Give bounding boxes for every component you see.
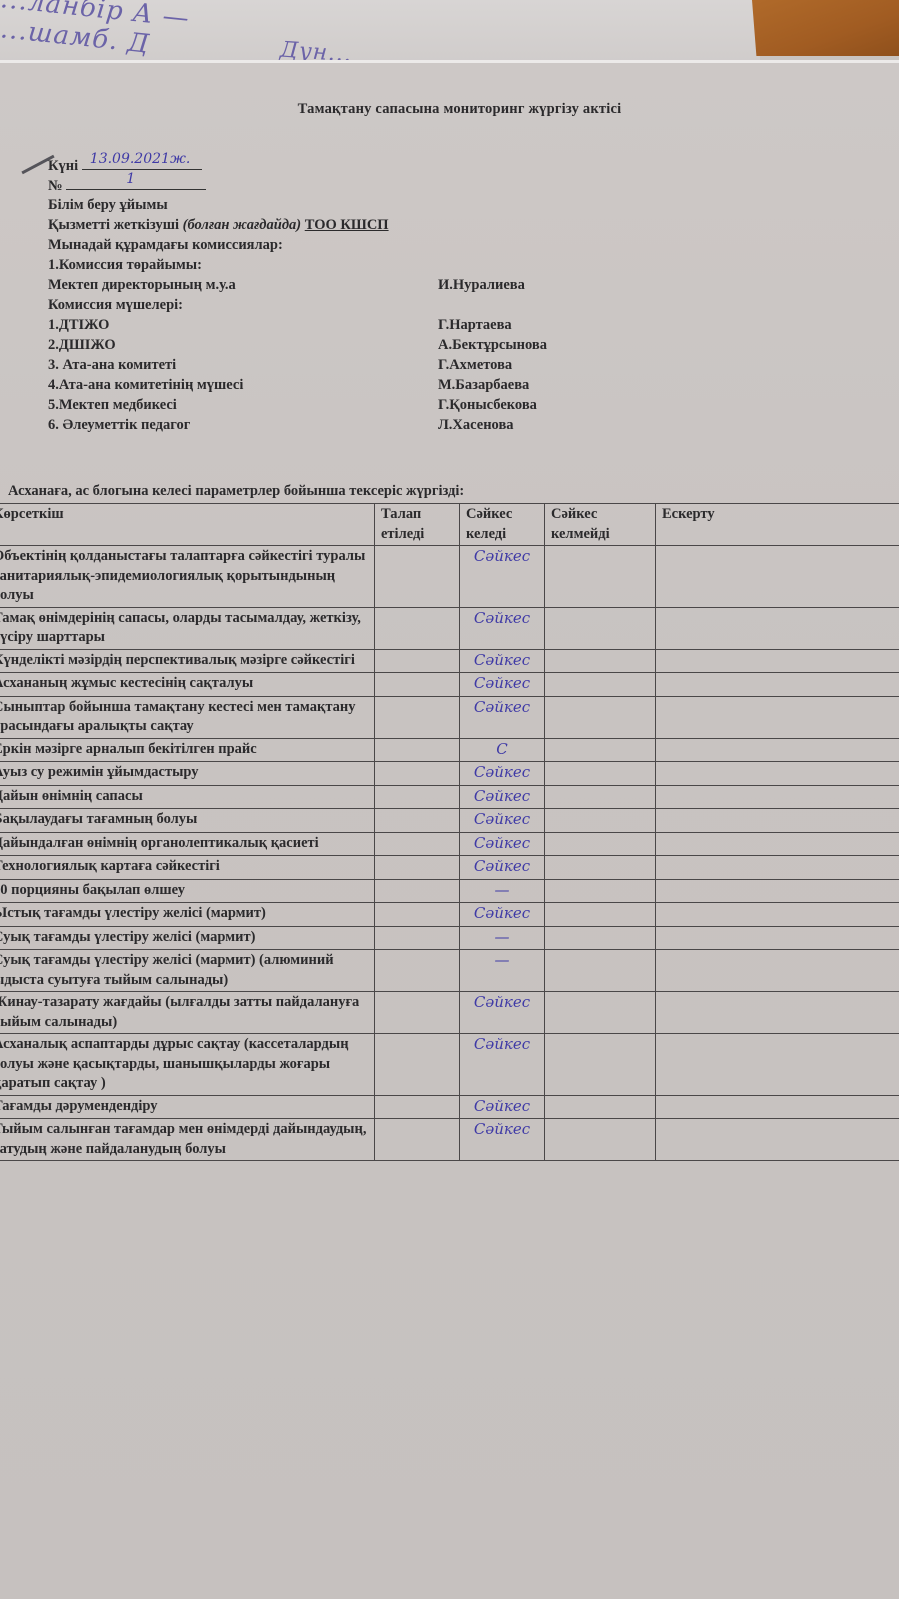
- member-row: 4.Ата-ана комитетінің мүшесіМ.Базарбаева: [48, 375, 389, 395]
- note-cell: [656, 785, 899, 809]
- handwritten-mark: —: [495, 928, 510, 946]
- complies-cell: Сәйкес: [460, 992, 545, 1034]
- not-complies-cell: [545, 903, 656, 927]
- indicator-cell: Тыйым салынған тағамдар мен өнімдерді да…: [0, 1119, 375, 1161]
- number-label: №: [48, 178, 63, 194]
- indicator-cell: Объектінің қолданыстағы талаптарға сәйке…: [0, 546, 375, 608]
- header-complies: Сәйкес келеді: [460, 504, 545, 546]
- required-cell: [375, 809, 460, 833]
- required-cell: [375, 546, 460, 608]
- table-row: Суық тағамды үлестіру желісі (мармит) (а…: [0, 950, 899, 992]
- complies-cell: Сәйкес: [460, 1095, 545, 1119]
- indicator-cell: Ауыз су режимін ұйымдастыру: [0, 762, 375, 786]
- handwritten-mark: Сәйкес: [474, 698, 530, 716]
- handwritten-mark: Сәйкес: [474, 547, 530, 565]
- table-row: Асханалық аспаптарды дұрыс сақтау (кассе…: [0, 1034, 899, 1096]
- not-complies-cell: [545, 856, 656, 880]
- member-role: 6. Әлеуметтік педагог: [48, 417, 190, 433]
- member-name: Г.Қонысбекова: [438, 395, 537, 415]
- document-sheet: Тамақтану сапасына мониторинг жүргізу ак…: [0, 60, 899, 1599]
- handwritten-mark: Сәйкес: [474, 787, 530, 805]
- complies-cell: Сәйкес: [460, 903, 545, 927]
- members-label: Комиссия мүшелері:: [48, 295, 389, 315]
- header-note: Ескерту: [656, 504, 899, 546]
- note-cell: [656, 607, 899, 649]
- table-row: Ыстық тағамды үлестіру желісі (мармит)Сә…: [0, 903, 899, 927]
- note-cell: [656, 649, 899, 673]
- note-cell: [656, 673, 899, 697]
- member-name: Л.Хасенова: [438, 415, 514, 435]
- handwritten-mark: С: [496, 740, 507, 758]
- members-list: 1.ДТІЖОГ.Нартаева2.ДШІЖОА.Бектұрсынова3.…: [48, 315, 389, 435]
- table-row: Тыйым салынған тағамдар мен өнімдерді да…: [0, 1119, 899, 1161]
- header-indicator: Көрсеткіш: [0, 504, 375, 546]
- supplier-value: ТОО КШСП: [305, 217, 389, 233]
- note-cell: [656, 1119, 899, 1161]
- required-cell: [375, 738, 460, 762]
- member-row: 5.Мектеп медбикесіГ.Қонысбекова: [48, 395, 389, 415]
- required-cell: [375, 762, 460, 786]
- table-row: Суық тағамды үлестіру желісі (мармит)—: [0, 926, 899, 950]
- note-cell: [656, 879, 899, 903]
- supplier-label: Қызметті жеткізуші: [48, 217, 179, 233]
- document-title: Тамақтану сапасына мониторинг жүргізу ак…: [0, 101, 899, 118]
- complies-cell: Сәйкес: [460, 546, 545, 608]
- complies-cell: Сәйкес: [460, 856, 545, 880]
- note-cell: [656, 832, 899, 856]
- date-field: 13.09.2021ж.: [82, 155, 202, 170]
- not-complies-cell: [545, 762, 656, 786]
- required-cell: [375, 673, 460, 697]
- note-cell: [656, 696, 899, 738]
- header-required: Талап етіледі: [375, 504, 460, 546]
- table-row: Ауыз су режимін ұйымдастыруСәйкес: [0, 762, 899, 786]
- table-row: Асхананың жұмыс кестесінің сақталуыСәйке…: [0, 673, 899, 697]
- complies-cell: Сәйкес: [460, 832, 545, 856]
- number-value: 1: [126, 169, 135, 189]
- note-cell: [656, 992, 899, 1034]
- table-row: Тамақ өнімдерінің сапасы, оларды тасымал…: [0, 607, 899, 649]
- required-cell: [375, 649, 460, 673]
- handwritten-mark: Сәйкес: [474, 609, 530, 627]
- required-cell: [375, 950, 460, 992]
- member-row: 6. Әлеуметтік педагогЛ.Хасенова: [48, 415, 389, 435]
- chair-name: И.Нуралиева: [438, 275, 525, 295]
- complies-cell: Сәйкес: [460, 1119, 545, 1161]
- not-complies-cell: [545, 696, 656, 738]
- note-cell: [656, 856, 899, 880]
- complies-cell: —: [460, 950, 545, 992]
- handwritten-mark: Сәйкес: [474, 651, 530, 669]
- table-row: Күнделікті мәзірдің перспективалық мәзір…: [0, 649, 899, 673]
- complies-cell: Сәйкес: [460, 673, 545, 697]
- member-row: 2.ДШІЖОА.Бектұрсынова: [48, 335, 389, 355]
- table-row: Дайындалған өнімнің органолептикалық қас…: [0, 832, 899, 856]
- not-complies-cell: [545, 1095, 656, 1119]
- header-not-complies: Сәйкес келмейді: [545, 504, 656, 546]
- required-cell: [375, 992, 460, 1034]
- complies-cell: С: [460, 738, 545, 762]
- not-complies-cell: [545, 785, 656, 809]
- complies-cell: Сәйкес: [460, 785, 545, 809]
- required-cell: [375, 903, 460, 927]
- not-complies-cell: [545, 809, 656, 833]
- handwritten-mark: —: [495, 951, 510, 969]
- table-row: Жинау-тазарату жағдайы (ылғалды затты па…: [0, 992, 899, 1034]
- date-label: Күні: [48, 158, 78, 174]
- member-role: 5.Мектеп медбикесі: [48, 397, 177, 413]
- handwritten-mark: Сәйкес: [474, 1097, 530, 1115]
- member-name: Г.Нартаева: [438, 315, 512, 335]
- table-row: Тағамды дәрумендендіруСәйкес: [0, 1095, 899, 1119]
- complies-cell: Сәйкес: [460, 1034, 545, 1096]
- complies-cell: Сәйкес: [460, 607, 545, 649]
- table-row: Сыныптар бойынша тамақтану кестесі мен т…: [0, 696, 899, 738]
- indicator-cell: Дайын өнімнің сапасы: [0, 785, 375, 809]
- required-cell: [375, 1095, 460, 1119]
- note-cell: [656, 738, 899, 762]
- indicator-cell: Еркін мәзірге арналып бекітілген прайс: [0, 738, 375, 762]
- chair-label: 1.Комиссия төрайымы:: [48, 255, 389, 275]
- note-cell: [656, 809, 899, 833]
- table-row: Дайын өнімнің сапасыСәйкес: [0, 785, 899, 809]
- handwritten-mark: Сәйкес: [474, 857, 530, 875]
- complies-cell: —: [460, 926, 545, 950]
- document-meta: Күні 13.09.2021ж. № 1 Білім беру ұйымы Қ…: [48, 155, 389, 435]
- required-cell: [375, 1119, 460, 1161]
- table-row: 10 порцияны бақылап өлшеу—: [0, 879, 899, 903]
- indicator-cell: Бақылаудағы тағамның болуы: [0, 809, 375, 833]
- indicator-cell: Тағамды дәрумендендіру: [0, 1095, 375, 1119]
- chair-role: Мектеп директорының м.у.а: [48, 277, 236, 293]
- number-field: 1: [66, 175, 206, 190]
- member-row: 3. Ата-ана комитетіГ.Ахметова: [48, 355, 389, 375]
- handwritten-mark: Сәйкес: [474, 1120, 530, 1138]
- member-role: 3. Ата-ана комитеті: [48, 357, 176, 373]
- note-cell: [656, 926, 899, 950]
- complies-cell: Сәйкес: [460, 809, 545, 833]
- member-name: М.Базарбаева: [438, 375, 529, 395]
- indicator-cell: Сыныптар бойынша тамақтану кестесі мен т…: [0, 696, 375, 738]
- required-cell: [375, 696, 460, 738]
- required-cell: [375, 856, 460, 880]
- complies-cell: Сәйкес: [460, 696, 545, 738]
- note-cell: [656, 950, 899, 992]
- complies-cell: Сәйкес: [460, 762, 545, 786]
- not-complies-cell: [545, 546, 656, 608]
- member-name: А.Бектұрсынова: [438, 335, 547, 355]
- commission-label: Мынадай құрамдағы комиссиялар:: [48, 235, 389, 255]
- indicator-cell: Күнделікті мәзірдің перспективалық мәзір…: [0, 649, 375, 673]
- not-complies-cell: [545, 950, 656, 992]
- not-complies-cell: [545, 832, 656, 856]
- member-name: Г.Ахметова: [438, 355, 512, 375]
- table-row: Технологиялық картаға сәйкестігіСәйкес: [0, 856, 899, 880]
- handwritten-mark: Сәйкес: [474, 763, 530, 781]
- table-row: Бақылаудағы тағамның болуыСәйкес: [0, 809, 899, 833]
- table-header-row: Көрсеткіш Талап етіледі Сәйкес келеді Сә…: [0, 504, 899, 546]
- member-role: 4.Ата-ана комитетінің мүшесі: [48, 377, 243, 393]
- indicator-cell: Ыстық тағамды үлестіру желісі (мармит): [0, 903, 375, 927]
- handwritten-mark: Сәйкес: [474, 1035, 530, 1053]
- table-row: Еркін мәзірге арналып бекітілген прайсС: [0, 738, 899, 762]
- required-cell: [375, 879, 460, 903]
- indicator-cell: Асхананың жұмыс кестесінің сақталуы: [0, 673, 375, 697]
- member-role: 1.ДТІЖО: [48, 317, 109, 333]
- note-cell: [656, 1095, 899, 1119]
- not-complies-cell: [545, 738, 656, 762]
- indicator-cell: Асханалық аспаптарды дұрыс сақтау (кассе…: [0, 1034, 375, 1096]
- indicator-cell: Дайындалған өнімнің органолептикалық қас…: [0, 832, 375, 856]
- inspection-table: Көрсеткіш Талап етіледі Сәйкес келеді Сә…: [0, 503, 899, 1161]
- member-row: 1.ДТІЖОГ.Нартаева: [48, 315, 389, 335]
- table-row: Объектінің қолданыстағы талаптарға сәйке…: [0, 546, 899, 608]
- not-complies-cell: [545, 926, 656, 950]
- required-cell: [375, 926, 460, 950]
- supplier-note: (болған жағдайда): [183, 217, 301, 233]
- required-cell: [375, 607, 460, 649]
- complies-cell: Сәйкес: [460, 649, 545, 673]
- not-complies-cell: [545, 992, 656, 1034]
- note-cell: [656, 762, 899, 786]
- required-cell: [375, 785, 460, 809]
- note-cell: [656, 903, 899, 927]
- indicator-cell: Суық тағамды үлестіру желісі (мармит): [0, 926, 375, 950]
- org-label: Білім беру ұйымы: [48, 195, 389, 215]
- complies-cell: —: [460, 879, 545, 903]
- required-cell: [375, 832, 460, 856]
- not-complies-cell: [545, 649, 656, 673]
- not-complies-cell: [545, 1034, 656, 1096]
- inspection-intro: Асханаға, ас блогына келесі параметрлер …: [8, 483, 464, 500]
- date-value: 13.09.2021ж.: [90, 149, 191, 169]
- handwritten-mark: Сәйкес: [474, 810, 530, 828]
- indicator-cell: Жинау-тазарату жағдайы (ылғалды затты па…: [0, 992, 375, 1034]
- handwritten-mark: Сәйкес: [474, 674, 530, 692]
- handwritten-mark: —: [495, 881, 510, 899]
- indicator-cell: Суық тағамды үлестіру желісі (мармит) (а…: [0, 950, 375, 992]
- member-role: 2.ДШІЖО: [48, 337, 116, 353]
- indicator-cell: Тамақ өнімдерінің сапасы, оларды тасымал…: [0, 607, 375, 649]
- not-complies-cell: [545, 673, 656, 697]
- not-complies-cell: [545, 879, 656, 903]
- note-cell: [656, 546, 899, 608]
- indicator-cell: Технологиялық картаға сәйкестігі: [0, 856, 375, 880]
- not-complies-cell: [545, 607, 656, 649]
- not-complies-cell: [545, 1119, 656, 1161]
- handwritten-mark: Сәйкес: [474, 834, 530, 852]
- desk-surface: [752, 0, 899, 56]
- required-cell: [375, 1034, 460, 1096]
- note-cell: [656, 1034, 899, 1096]
- indicator-cell: 10 порцияны бақылап өлшеу: [0, 879, 375, 903]
- handwritten-mark: Сәйкес: [474, 904, 530, 922]
- handwritten-mark: Сәйкес: [474, 993, 530, 1011]
